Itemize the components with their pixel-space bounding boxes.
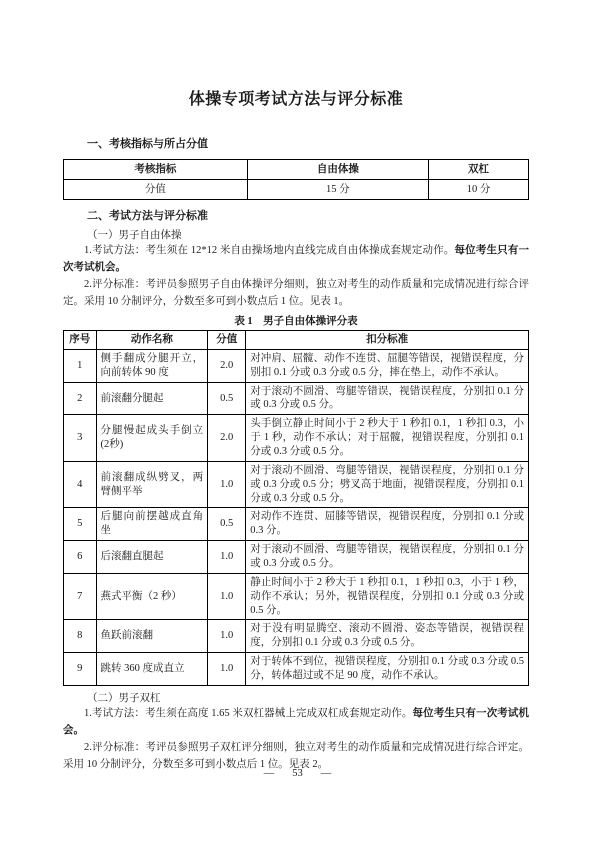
table-cell: 1 bbox=[64, 349, 97, 382]
table-cell: 前滚翻成纵劈叉，两臂侧平举 bbox=[96, 461, 208, 508]
table-cell: 对于转体不到位，视错误程度，分别扣 0.1 分或 0.3 分或 0.5 分，转体… bbox=[246, 653, 529, 686]
table-cell: 2 bbox=[64, 382, 97, 415]
table-row: 2前滚翻分腿起0.5对于滚动不圆滑、弯腿等错误，视错误程度，分别扣 0.1 分或… bbox=[64, 382, 529, 415]
table-cell: 4 bbox=[64, 461, 97, 508]
footer-dash-left: — bbox=[264, 768, 275, 779]
bars-method-paragraph: 1.考试方法：考生须在高度 1.65 米双杠器械上完成双杠成套规定动作。每位考生… bbox=[63, 705, 529, 739]
footer-dash-right: — bbox=[321, 768, 332, 779]
sub-heading-parallel-bars: （二）男子双杠 bbox=[63, 690, 529, 705]
column-header: 序号 bbox=[64, 331, 97, 350]
table-row: 8鱼跃前滚翻1.0对于没有明显腾空、滚动不圆滑、姿态等错误，视错误程度，分别扣 … bbox=[64, 620, 529, 653]
column-header: 自由体操 bbox=[247, 160, 428, 180]
table-cell: 2.0 bbox=[208, 415, 246, 462]
table-cell: 后腿向前摆越成直角坐 bbox=[96, 508, 208, 541]
table-cell: 对冲肩、屈髋、动作不连贯、屈腿等错误，视错误程度，分别扣 0.1 分或 0.3 … bbox=[246, 349, 529, 382]
table-cell: 后滚翻直腿起 bbox=[96, 541, 208, 574]
table-cell: 跳转 360 度成直立 bbox=[96, 653, 208, 686]
table-cell: 15 分 bbox=[247, 180, 428, 200]
table-1-caption: 表 1 男子自由体操评分表 bbox=[63, 313, 529, 328]
column-header: 分值 bbox=[208, 331, 246, 350]
page-content: 体操专项考试方法与评分标准 一、考核指标与所占分值 考核指标自由体操双杠分值15… bbox=[63, 0, 529, 773]
table-cell: 1.0 bbox=[208, 461, 246, 508]
table-cell: 燕式平衡（2 秒） bbox=[96, 573, 208, 620]
table-cell: 1.0 bbox=[208, 541, 246, 574]
table-header-row: 考核指标自由体操双杠 bbox=[64, 160, 529, 180]
table-cell: 10 分 bbox=[429, 180, 529, 200]
floor-exercise-score-table: 序号动作名称分值扣分标准1侧手翻成分腿开立，向前转体 90 度2.0对冲肩、屈髋… bbox=[63, 330, 529, 686]
table-cell: 7 bbox=[64, 573, 97, 620]
floor-method-paragraph: 1.考试方法：考生须在 12*12 米自由操场地内直线完成自由体操成套规定动作。… bbox=[63, 242, 529, 276]
table-cell: 3 bbox=[64, 415, 97, 462]
table-row: 分值15 分10 分 bbox=[64, 180, 529, 200]
column-header: 扣分标准 bbox=[246, 331, 529, 350]
floor-method-text: 1.考试方法：考生须在 12*12 米自由操场地内直线完成自由体操成套规定动作。 bbox=[84, 245, 455, 256]
table-cell: 9 bbox=[64, 653, 97, 686]
column-header: 动作名称 bbox=[96, 331, 208, 350]
page-footer: —53— bbox=[0, 768, 595, 779]
table-cell: 头手倒立静止时间小于 2 秒大于 1 秒扣 0.1，1 秒扣 0.3，小于 1 … bbox=[246, 415, 529, 462]
column-header: 考核指标 bbox=[64, 160, 248, 180]
floor-scoring-paragraph: 2.评分标准：考评员参照男子自由体操评分细则，独立对考生的动作质量和完成情况进行… bbox=[63, 276, 529, 310]
section-indicators-heading: 一、考核指标与所占分值 bbox=[63, 135, 529, 151]
table-row: 4前滚翻成纵劈叉，两臂侧平举1.0对于滚动不圆滑、弯腿等错误，视错误程度，分别扣… bbox=[64, 461, 529, 508]
sub-heading-floor-exercise: （一）男子自由体操 bbox=[63, 227, 529, 242]
table-row: 3分腿慢起成头手倒立(2秒)2.0头手倒立静止时间小于 2 秒大于 1 秒扣 0… bbox=[64, 415, 529, 462]
table-cell: 分值 bbox=[64, 180, 248, 200]
table-cell: 6 bbox=[64, 541, 97, 574]
table-cell: 对动作不连贯、屈膝等错误，视错误程度，分别扣 0.1 分或 0.3 分。 bbox=[246, 508, 529, 541]
table-row: 7燕式平衡（2 秒）1.0静止时间小于 2 秒大于 1 秒扣 0.1，1 秒扣 … bbox=[64, 573, 529, 620]
table-cell: 对于滚动不圆滑、弯腿等错误，视错误程度，分别扣 0.1 分或 0.3 分或 0.… bbox=[246, 541, 529, 574]
table-cell: 5 bbox=[64, 508, 97, 541]
indicators-table: 考核指标自由体操双杠分值15 分10 分 bbox=[63, 159, 529, 200]
table-cell: 1.0 bbox=[208, 573, 246, 620]
column-header: 双杠 bbox=[429, 160, 529, 180]
table-cell: 对于滚动不圆滑、弯腿等错误，视错误程度，分别扣 0.1 分或 0.3 分或 0.… bbox=[246, 382, 529, 415]
table-cell: 鱼跃前滚翻 bbox=[96, 620, 208, 653]
bars-method-text: 1.考试方法：考生须在高度 1.65 米双杠器械上完成双杠成套规定动作。 bbox=[84, 708, 413, 719]
table-cell: 对于没有明显腾空、滚动不圆滑、姿态等错误，视错误程度，分别扣 0.1 分或 0.… bbox=[246, 620, 529, 653]
table-cell: 1.0 bbox=[208, 653, 246, 686]
table-cell: 8 bbox=[64, 620, 97, 653]
table-row: 9跳转 360 度成直立1.0对于转体不到位，视错误程度，分别扣 0.1 分或 … bbox=[64, 653, 529, 686]
table-cell: 侧手翻成分腿开立，向前转体 90 度 bbox=[96, 349, 208, 382]
table-cell: 分腿慢起成头手倒立(2秒) bbox=[96, 415, 208, 462]
table-cell: 0.5 bbox=[208, 508, 246, 541]
table-cell: 对于滚动不圆滑、弯腿等错误，视错误程度，分别扣 0.1 分或 0.3 分或 0.… bbox=[246, 461, 529, 508]
table-cell: 2.0 bbox=[208, 349, 246, 382]
table-row: 6后滚翻直腿起1.0对于滚动不圆滑、弯腿等错误，视错误程度，分别扣 0.1 分或… bbox=[64, 541, 529, 574]
table-cell: 0.5 bbox=[208, 382, 246, 415]
table-cell: 1.0 bbox=[208, 620, 246, 653]
section-methods-heading: 二、考试方法与评分标准 bbox=[63, 207, 529, 223]
table-row: 1侧手翻成分腿开立，向前转体 90 度2.0对冲肩、屈髋、动作不连贯、屈腿等错误… bbox=[64, 349, 529, 382]
page-number: 53 bbox=[292, 768, 303, 779]
table-cell: 前滚翻分腿起 bbox=[96, 382, 208, 415]
table-cell: 静止时间小于 2 秒大于 1 秒扣 0.1，1 秒扣 0.3，小于 1 秒，动作… bbox=[246, 573, 529, 620]
table-header-row: 序号动作名称分值扣分标准 bbox=[64, 331, 529, 350]
table-row: 5后腿向前摆越成直角坐0.5对动作不连贯、屈膝等错误，视错误程度，分别扣 0.1… bbox=[64, 508, 529, 541]
page-title: 体操专项考试方法与评分标准 bbox=[63, 86, 529, 109]
